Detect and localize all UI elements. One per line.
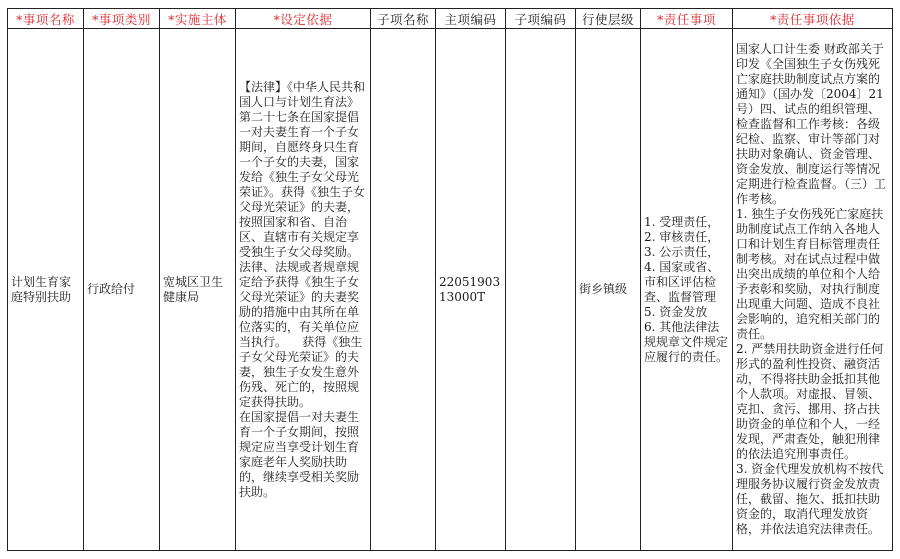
cell-item-name: 计划生育家庭特别扶助 — [8, 29, 84, 551]
header-implementing-body: *实施主体 — [160, 9, 236, 29]
cell-item-category: 行政给付 — [84, 29, 160, 551]
header-legal-basis: *设定依据 — [236, 9, 371, 29]
header-exercise-level: 行使层级 — [576, 9, 641, 29]
cell-implementing-body: 宽城区卫生健康局 — [160, 29, 236, 551]
cell-sub-item-name — [371, 29, 436, 551]
cell-main-item-code: 2205190313000T — [436, 29, 506, 551]
header-responsibility-basis: *责任事项依据 — [733, 9, 893, 29]
header-responsibilities: *责任事项 — [641, 9, 733, 29]
header-main-item-code: 主项编码 — [436, 9, 506, 29]
responsibility-list-table: *事项名称 *事项类别 *实施主体 *设定依据 子项名称 主项编码 子项编码 行… — [7, 8, 893, 551]
cell-legal-basis: 【法律】《中华人民共和国人口与计划生育法》 第二十七条在国家提倡一对夫妻生育一个… — [236, 29, 371, 551]
cell-exercise-level: 街乡镇级 — [576, 29, 641, 551]
header-item-category: *事项类别 — [84, 9, 160, 29]
header-item-name: *事项名称 — [8, 9, 84, 29]
cell-responsibility-basis: 国家人口计生委 财政部关于印发《全国独生子女伤残死亡家庭扶助制度试点方案的通知》… — [733, 29, 893, 551]
table-row: 计划生育家庭特别扶助 行政给付 宽城区卫生健康局 【法律】《中华人民共和国人口与… — [8, 29, 893, 551]
cell-sub-item-code — [506, 29, 576, 551]
header-sub-item-code: 子项编码 — [506, 9, 576, 29]
header-row: *事项名称 *事项类别 *实施主体 *设定依据 子项名称 主项编码 子项编码 行… — [8, 9, 893, 29]
header-sub-item-name: 子项名称 — [371, 9, 436, 29]
cell-responsibilities: 1. 受理责任， 2. 审核责任， 3. 公示责任， 4. 国家或省、市和区评估… — [641, 29, 733, 551]
